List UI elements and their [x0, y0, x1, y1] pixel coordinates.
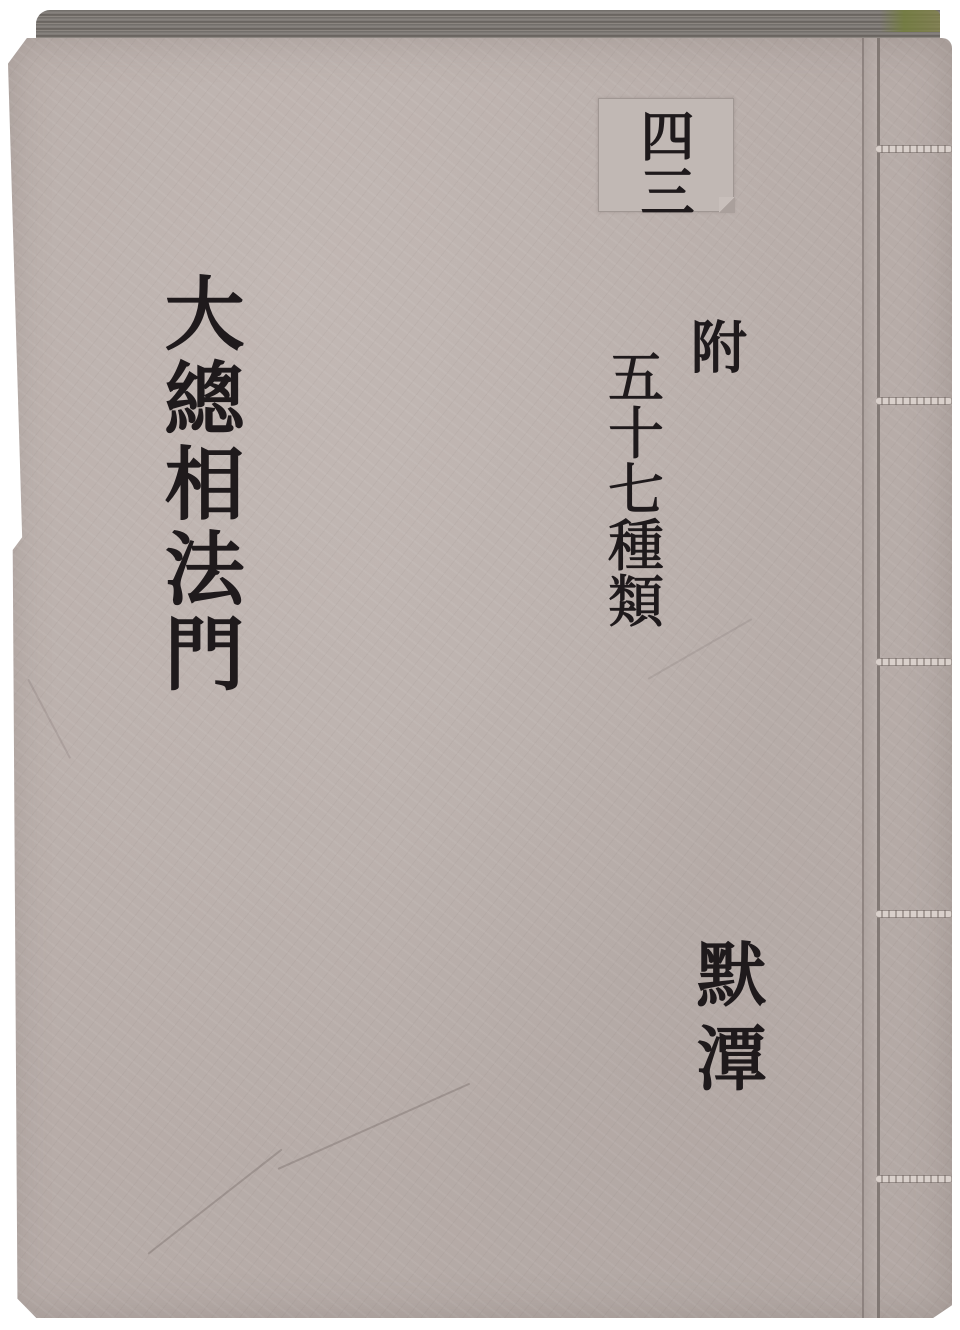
volume-number: 四三: [626, 108, 702, 220]
scan-canvas: 四三 大總相法門 附 五十七種類 默潭: [0, 0, 960, 1330]
binding-spine-thread: [862, 38, 880, 1318]
author-name: 默潭: [683, 938, 769, 1106]
binding-stitch: [876, 910, 952, 918]
paper-crease: [278, 1083, 471, 1170]
paper-crease: [27, 679, 71, 759]
paper-crease: [147, 1149, 282, 1255]
appendix-mark: 附: [680, 318, 750, 374]
page-edge-discoloration: [880, 10, 940, 32]
binding-stitch: [876, 397, 952, 405]
label-corner-fold: [719, 197, 735, 213]
binding-stitch: [876, 658, 952, 666]
book-title: 大總相法門: [148, 272, 248, 697]
binding-stitch: [876, 145, 952, 153]
binding-stitch: [876, 1175, 952, 1183]
book-subtitle: 五十七種類: [596, 348, 666, 628]
